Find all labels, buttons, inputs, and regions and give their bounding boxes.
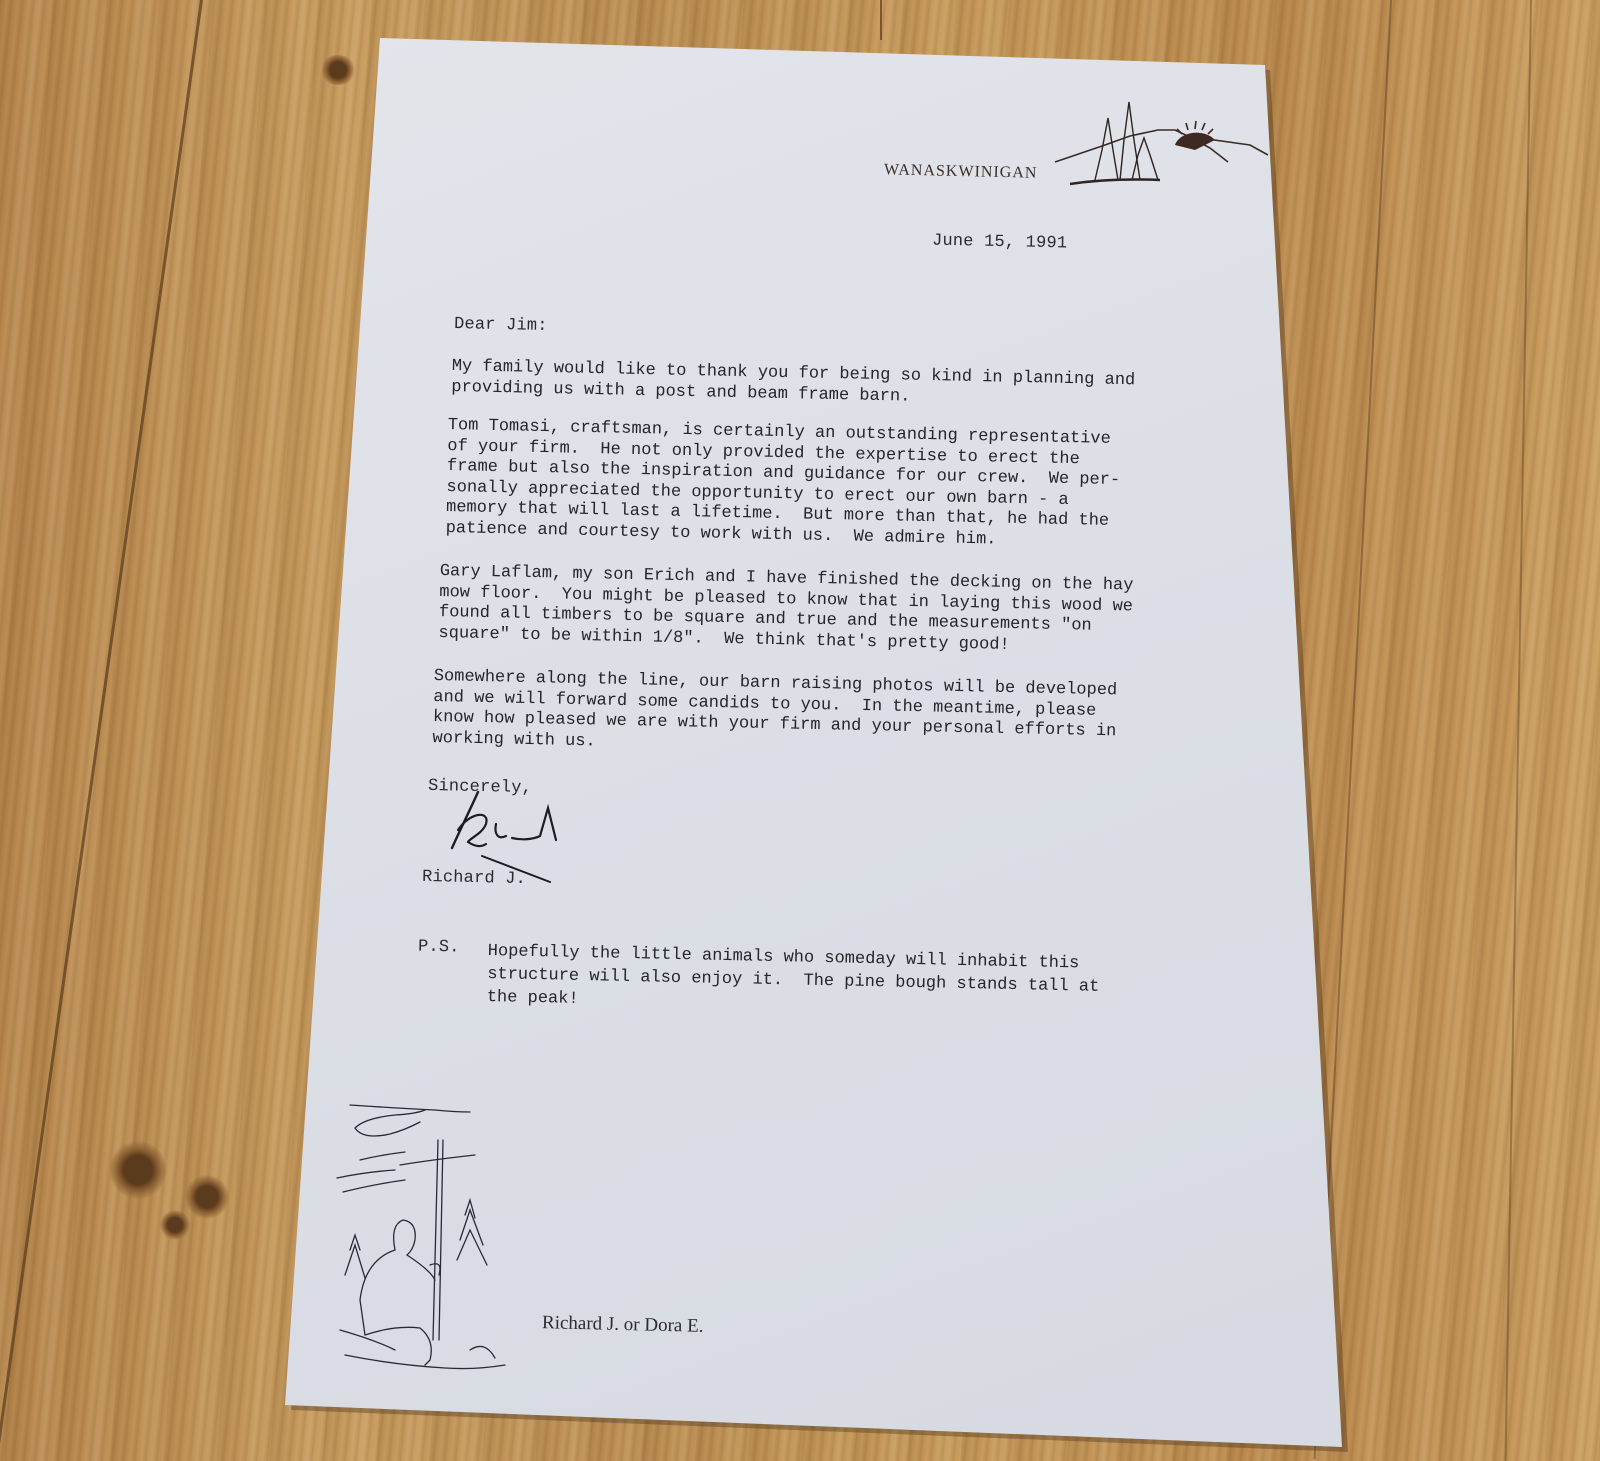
letter-date: June 15, 1991 bbox=[932, 232, 1068, 255]
trees-mountain-sun-icon bbox=[1050, 100, 1270, 190]
letterhead-organization: WANASKWINIGAN bbox=[884, 161, 1038, 182]
paragraph-4: Somewhere along the line, our barn raisi… bbox=[432, 667, 1117, 763]
footer-names: Richard J. or Dora E. bbox=[542, 1312, 704, 1338]
signer-name: Richard J. bbox=[422, 868, 526, 890]
man-with-staff-sketch-icon bbox=[335, 1100, 515, 1380]
paragraph-2: Tom Tomasi, craftsman, is certainly an o… bbox=[445, 416, 1121, 553]
postscript-label: P.S. bbox=[418, 938, 460, 959]
salutation: Dear Jim: bbox=[454, 315, 548, 337]
letter-content: WANASKWINIGAN June 15, 1991 Dear Jim: My… bbox=[0, 0, 1600, 1461]
postscript: Hopefully the little animals who someday… bbox=[487, 940, 1100, 1022]
paragraph-3: Gary Laflam, my son Erich and I have fin… bbox=[438, 562, 1133, 659]
paragraph-1: My family would like to thank you for be… bbox=[451, 357, 1135, 412]
